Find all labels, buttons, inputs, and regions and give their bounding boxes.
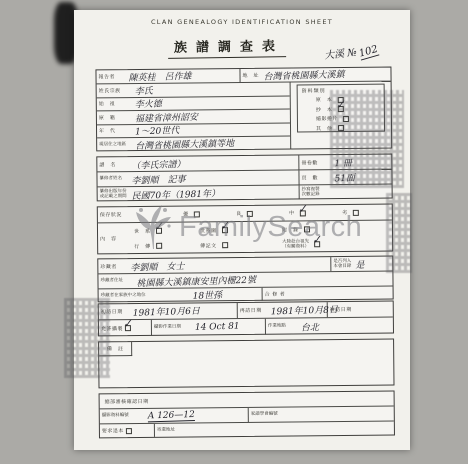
book-title-label: 譜 名 [97,161,118,168]
content-label: 內 容 [98,235,119,242]
compiler-label: 纂修者姓名 [97,177,124,182]
pages-label: 頁 數 [299,174,320,181]
film-place-value: 台北 [301,320,319,334]
residence-value: 台灣省桃園縣大溪鎮等地 [135,136,234,152]
section-visits: 初訪日期 1981年10月6日 再訪日期 1981年10月8日 複訪日期 允許攝… [98,301,394,337]
reporter-label: 報告者 [96,73,117,80]
clan-value: 李氏 [134,83,152,97]
listed-value: 是 [355,257,364,270]
content-option-label: 傳記文 [198,242,219,249]
clan-label: 姓氏宗族 [97,87,123,94]
volumes-value: 1 冊 [334,155,352,169]
checkbox-mainland-ancestors: ✓ [314,241,320,247]
position-label: 珍藏者在家族中之地位 [99,293,148,299]
content-option-label: 大陸赴台祖先（有關資料） [280,239,311,250]
content-option-label: 行 傳 [132,242,153,249]
listed-label: 是否列入本會目錄 [331,259,353,270]
paper-sheet: CLAN GENEALOGY IDENTIFICATION SHEET 族譜調查… [74,10,410,450]
second-visit-value: 1981年10月8日 [271,302,338,317]
first-visit-label: 初訪日期 [99,308,125,315]
condition-option-label: 劣 [340,209,350,216]
keeper-label: 珍藏者 [98,263,119,270]
residence-label: 現居住之地區 [97,142,128,147]
keeper-address-value: 桃園縣大溪鎮康安里內栅22號 [136,272,256,289]
film-number-value: A 126—12 [148,409,195,421]
remarks-value [99,364,103,374]
material-option-label: 其 他 [314,125,335,132]
first-visit-value: 1981年10月6日 [133,304,200,319]
checkbox-biographies: ✓ [156,243,162,249]
content-option-label: 世 系 [132,227,153,234]
co-compiler-label: 合 修 者 [263,291,288,298]
compiler-value: 李劉順 記事 [131,171,185,186]
period-label: 纂修出版年份或記載之期間 [98,189,129,200]
review-label: 總部審核確認日期 [103,397,151,404]
book-title-value: （李氏宗譜） [131,156,185,171]
material-option-label: 原 本 [314,96,335,103]
checkbox-lineage-chart: ✓ [221,227,227,233]
material-type-box: 資料類別 原 本✓ 抄 本✓ 縮影捲片✓ 其 他✓ [297,84,385,133]
checkbox-permission: ✓ [125,325,131,331]
origin-value: 福建省漳州詔安 [135,110,198,125]
film-date-label: 攝影作業日期 [152,325,183,330]
keeper-address-label: 珍藏者住址 [98,279,125,284]
checkbox-poor: ✓ [353,209,359,215]
pages-value: 51面 [334,170,355,184]
film-number-label: 攝影資料編號 [100,413,131,418]
address-label: 地 址 [240,72,261,79]
ancestor-label: 始 祖 [97,100,118,107]
volumes-label: 冊卷數 [299,159,320,166]
remarks-label: 備 註 [105,345,126,352]
position-value: 18世孫 [192,288,222,302]
checkbox-copy: ✓ [337,106,343,112]
section-remarks: 備 註 [98,339,394,389]
checkbox-lineage: ✓ [155,228,161,234]
content-option-label: 附 錄 [280,226,301,233]
address-value: 台灣省桃園縣大溪鎮 [263,67,344,82]
section-book: 譜 名 （李氏宗譜） 冊卷數 1 冊 纂修者姓名 李劉順 記事 頁 數 51面 … [96,154,392,202]
period-value: 民國70年（1981年） [131,186,220,202]
film-place-label: 作業地點 [266,324,288,329]
checkbox-return: ✓ [126,428,132,434]
section-keeper: 珍藏者 李劉順 女士 是否列入本會目錄 是 珍藏者住址 桃園縣大溪鎮康安里內栅2… [97,256,393,303]
era-value: 1～20世代 [135,123,180,137]
checkbox-appendix: ✓ [303,226,309,232]
permission-label: 允許攝製 [99,325,125,332]
checkbox-fair: ✓ [300,210,306,216]
checkbox-good: ✓ [247,210,253,216]
film-date-value: 14 Oct 81 [195,322,240,333]
keeper-value: 李劉順 女士 [130,258,184,273]
section-office: 總部審核確認日期 攝影資料編號 A 126—12 家譜學會編號 要求退本 ✓ 寄… [99,391,395,439]
ancestor-value: 李火德 [135,97,162,111]
scanned-document-screen: CLAN GENEALOGY IDENTIFICATION SHEET 族譜調查… [0,0,468,464]
form-tables: 報告者 陳英桂 呂作雄 地 址 台灣省桃園縣大溪鎮 姓氏宗族 李氏 始 祖 李火… [72,8,412,451]
condition-option-label: 中 [287,209,297,216]
checkbox-biographical-texts: ✓ [222,242,228,248]
origin-label: 原 籍 [97,114,118,121]
checkbox-other: ✓ [338,125,344,131]
reporter-value: 陳英桂 呂作雄 [128,69,191,84]
content-option-label: 世系圖 [198,227,219,234]
return-address-label: 寄還地址 [155,428,177,433]
section-condition: 保存狀況 優✓ 良✓ 中✓ 劣✓ 內 容 世 系✓ 世系圖✓ 附 錄✓ [97,204,393,255]
society-number-label: 家譜學會編號 [249,412,280,417]
era-label: 年 代 [97,127,118,134]
return-label: 要求退本 [100,427,126,434]
condition-label: 保存狀況 [98,211,124,218]
condition-option-label: 優 [181,210,191,217]
second-visit-label: 再訪日期 [238,307,264,314]
condition-option-label: 良 [234,210,244,217]
material-type-header: 資料類別 [302,87,384,95]
material-option-label: 縮影捲片 [314,115,340,122]
section-reporter: 報告者 陳英桂 呂作雄 地 址 台灣省桃園縣大溪鎮 姓氏宗族 李氏 始 祖 李火… [95,67,392,152]
checkbox-excellent: ✓ [194,211,200,217]
checkbox-microfilm: ✓ [343,115,349,121]
material-option-label: 抄 本 [314,106,335,113]
copies-label: 抄寫複製次數記錄 [300,187,322,198]
